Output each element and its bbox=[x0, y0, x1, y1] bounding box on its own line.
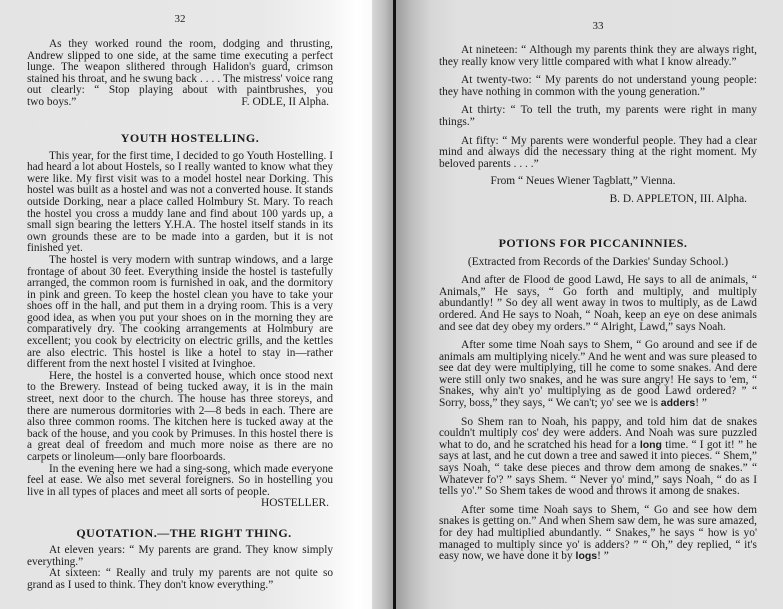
potions-paragraph-3: So Shem ran to Noah, his pappy, and told… bbox=[439, 417, 757, 498]
quotation-twenty-two: At twenty-two: “ My parents do not under… bbox=[439, 75, 757, 98]
potions-paragraph-1: And after de Flood de good Lawd, He says… bbox=[439, 275, 757, 333]
right-page-content: 33 At nineteen: “ Although my parents th… bbox=[439, 0, 757, 563]
left-page: 32 As they worked round the room, dodgin… bbox=[0, 0, 372, 609]
potions-paragraph-2: After some time Noah says to Shem, “ Go … bbox=[439, 340, 757, 410]
potions-paragraph-4: After some time Noah says to Shem, “ Go … bbox=[439, 505, 757, 563]
potions-p4-end: ! ” bbox=[597, 550, 609, 562]
story-signature-line: two boys.” F. ODLE, II Alpha. bbox=[27, 97, 333, 109]
right-page: 33 At nineteen: “ Although my parents th… bbox=[396, 0, 783, 609]
quotation-nineteen: At nineteen: “ Although my parents think… bbox=[439, 45, 757, 68]
hostelling-paragraph-3: Here, the hostel is a converted house, w… bbox=[27, 371, 333, 464]
youth-hostelling-article: YOUTH HOSTELLING. This year, for the fir… bbox=[27, 131, 333, 510]
page-number-left: 32 bbox=[27, 13, 333, 25]
quotation-fifty: At fifty: “ My parents were wonderful pe… bbox=[439, 136, 757, 171]
potions-title: POTIONS FOR PICCANINNIES. bbox=[439, 236, 757, 251]
hostelling-paragraph-4: In the evening here we had a sing-song, … bbox=[27, 464, 333, 499]
story-ending: As they worked round the room, dodging a… bbox=[27, 39, 333, 109]
story-author: F. ODLE, II Alpha. bbox=[241, 97, 333, 109]
quotation-author: B. D. APPLETON, III. Alpha. bbox=[439, 194, 757, 206]
quotation-eleven: At eleven years: “ My parents are grand.… bbox=[27, 545, 333, 568]
quotation-thirty: At thirty: “ To tell the truth, my paren… bbox=[439, 105, 757, 128]
hostelling-author: HOSTELLER. bbox=[27, 498, 333, 510]
page-number-right: 33 bbox=[439, 20, 757, 32]
hostelling-paragraph-1: This year, for the first time, I decided… bbox=[27, 151, 333, 255]
potions-p2-end: ! ” bbox=[695, 397, 707, 409]
youth-hostelling-title: YOUTH HOSTELLING. bbox=[27, 131, 333, 146]
left-page-content: 32 As they worked round the room, dodgin… bbox=[27, 0, 333, 591]
potions-p3-emphasis: long bbox=[640, 439, 662, 451]
quotation-article: QUOTATION.—THE RIGHT THING. At eleven ye… bbox=[27, 526, 333, 591]
potions-p4-emphasis: logs bbox=[576, 550, 598, 562]
hostelling-paragraph-2: The hostel is very modern with suntrap w… bbox=[27, 255, 333, 371]
quotation-sixteen: At sixteen: “ Really and truly my parent… bbox=[27, 568, 333, 591]
book-gutter-shadow bbox=[372, 0, 394, 609]
potions-subtitle: (Extracted from Records of the Darkies' … bbox=[439, 257, 757, 269]
quotation-source: From “ Neues Wiener Tagblatt,” Vienna. bbox=[439, 176, 757, 188]
story-last-line: two boys.” bbox=[27, 97, 76, 109]
potions-p2-text: After some time Noah says to Shem, “ Go … bbox=[439, 339, 757, 409]
potions-p2-emphasis: adders bbox=[661, 397, 695, 409]
quotation-title: QUOTATION.—THE RIGHT THING. bbox=[27, 526, 333, 541]
potions-article: POTIONS FOR PICCANINNIES. (Extracted fro… bbox=[439, 236, 757, 563]
story-paragraph: As they worked round the room, dodging a… bbox=[27, 39, 333, 97]
quotation-continued: At nineteen: “ Although my parents think… bbox=[439, 45, 757, 206]
